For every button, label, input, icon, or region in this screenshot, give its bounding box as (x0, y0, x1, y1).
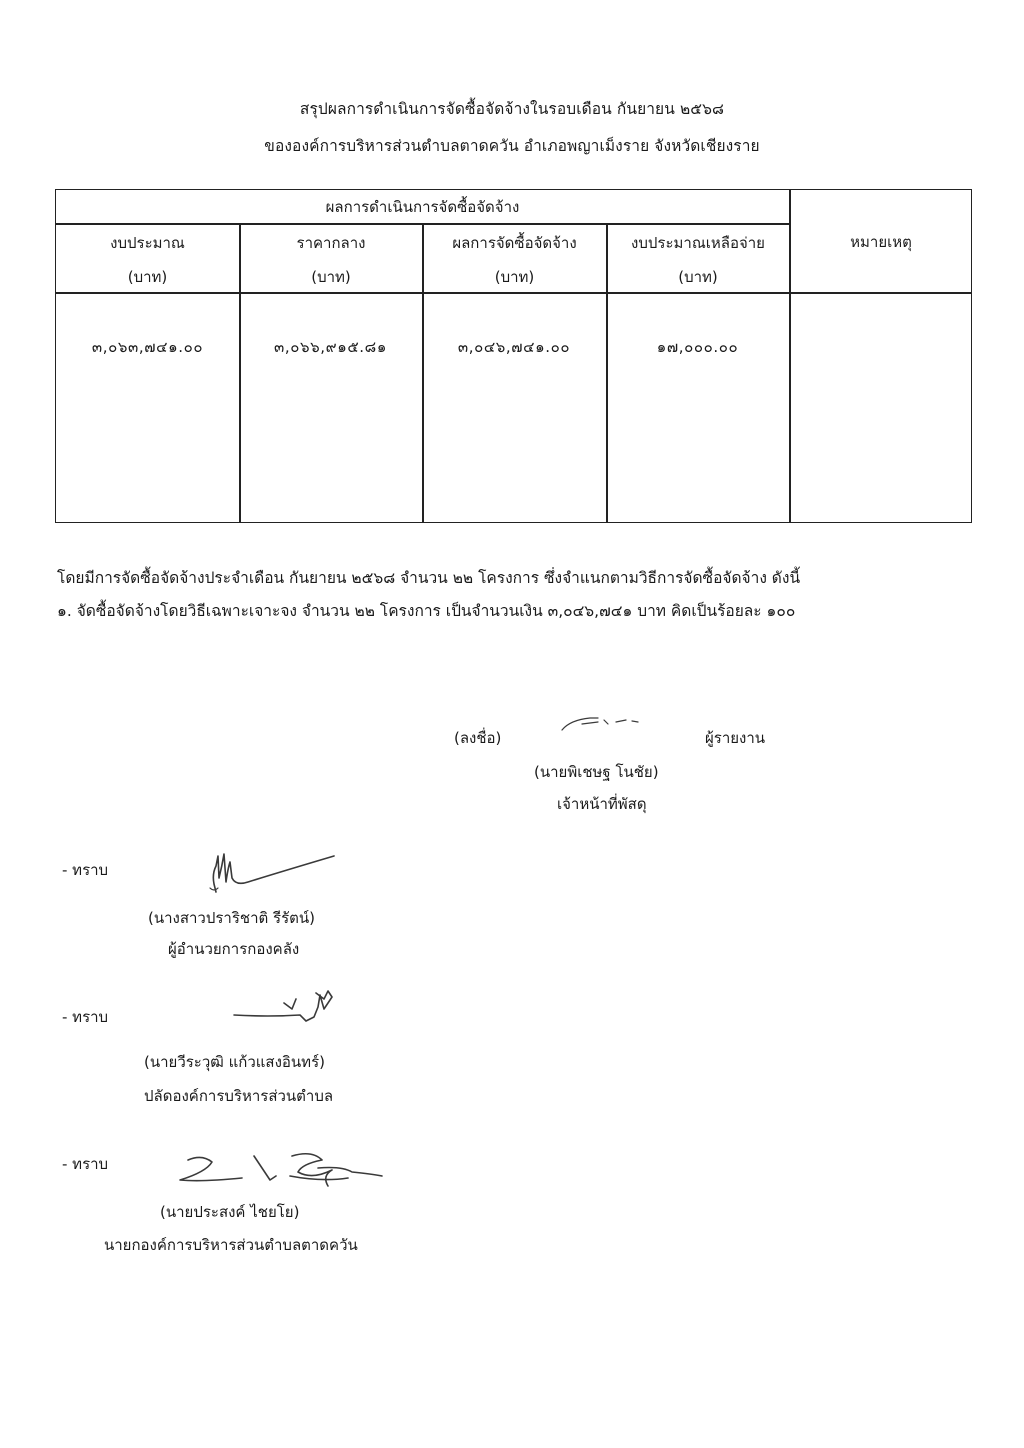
document-title: สรุปผลการดำเนินการจัดซื้อจัดจ้างในรอบเดื… (0, 96, 1024, 121)
sign-label: (ลงชื่อ) (454, 726, 501, 750)
column-header-remark: หมายเหตุ (790, 225, 972, 259)
cell-remaining-budget: ๑๗,๐๐๐.๐๐ (606, 335, 789, 359)
column-header-unit: (บาท) (423, 260, 606, 294)
document-subtitle: ขององค์การบริหารส่วนตำบลตาดควัน อำเภอพญา… (0, 133, 1024, 158)
summary-line-2: ๑. จัดซื้อจัดจ้างโดยวิธีเฉพาะเจาะจง จำนว… (57, 598, 795, 623)
cell-budget: ๓,๐๖๓,๗๔๑.๐๐ (56, 335, 239, 359)
ack-name: (นางสาวปราริชาติ รีรัตน์) (148, 906, 315, 930)
chief-administrator-signature (228, 985, 338, 1035)
ack-name: (นายประสงค์ ไชยโย) (160, 1200, 299, 1224)
ack-position: ปลัดองค์การบริหารส่วนตำบล (144, 1084, 333, 1108)
column-header-remaining-budget: งบประมาณเหลือจ่าย (บาท) (607, 226, 789, 294)
reporter-signature (560, 712, 650, 736)
cell-median-price: ๓,๐๖๖,๙๑๕.๘๑ (239, 335, 422, 359)
finance-director-signature (200, 848, 340, 898)
column-header-budget: งบประมาณ (บาท) (56, 226, 239, 294)
reporter-position: เจ้าหน้าที่พัสดุ (557, 792, 647, 816)
column-header-median-price: ราคากลาง (บาท) (240, 226, 422, 294)
column-header-label: งบประมาณ (56, 226, 239, 260)
reporter-name: (นายพิเชษฐ โนชัย) (534, 760, 659, 784)
reporter-role: ผู้รายงาน (705, 726, 765, 750)
ack-label: - ทราบ (62, 1005, 108, 1029)
ack-label: - ทราบ (62, 858, 108, 882)
column-header-label: ราคากลาง (240, 226, 422, 260)
column-header-procurement-result: ผลการจัดซื้อจัดจ้าง (บาท) (423, 226, 606, 294)
column-header-unit: (บาท) (56, 260, 239, 294)
group-header: ผลการดำเนินการจัดซื้อจัดจ้าง (56, 190, 789, 224)
column-header-unit: (บาท) (240, 260, 422, 294)
ack-position: ผู้อำนวยการกองคลัง (168, 937, 299, 961)
column-header-unit: (บาท) (607, 260, 789, 294)
summary-line-1: โดยมีการจัดซื้อจัดจ้างประจำเดือน กันยายน… (57, 565, 800, 590)
ack-name: (นายวีระวุฒิ แก้วแสงอินทร์) (144, 1050, 325, 1074)
ack-position: นายกองค์การบริหารส่วนตำบลตาดควัน (104, 1233, 358, 1257)
column-header-label: งบประมาณเหลือจ่าย (607, 226, 789, 260)
mayor-signature (172, 1146, 387, 1196)
ack-label: - ทราบ (62, 1152, 108, 1176)
column-header-label: ผลการจัดซื้อจัดจ้าง (423, 226, 606, 260)
cell-procurement-result: ๓,๐๔๖,๗๔๑.๐๐ (422, 335, 606, 359)
